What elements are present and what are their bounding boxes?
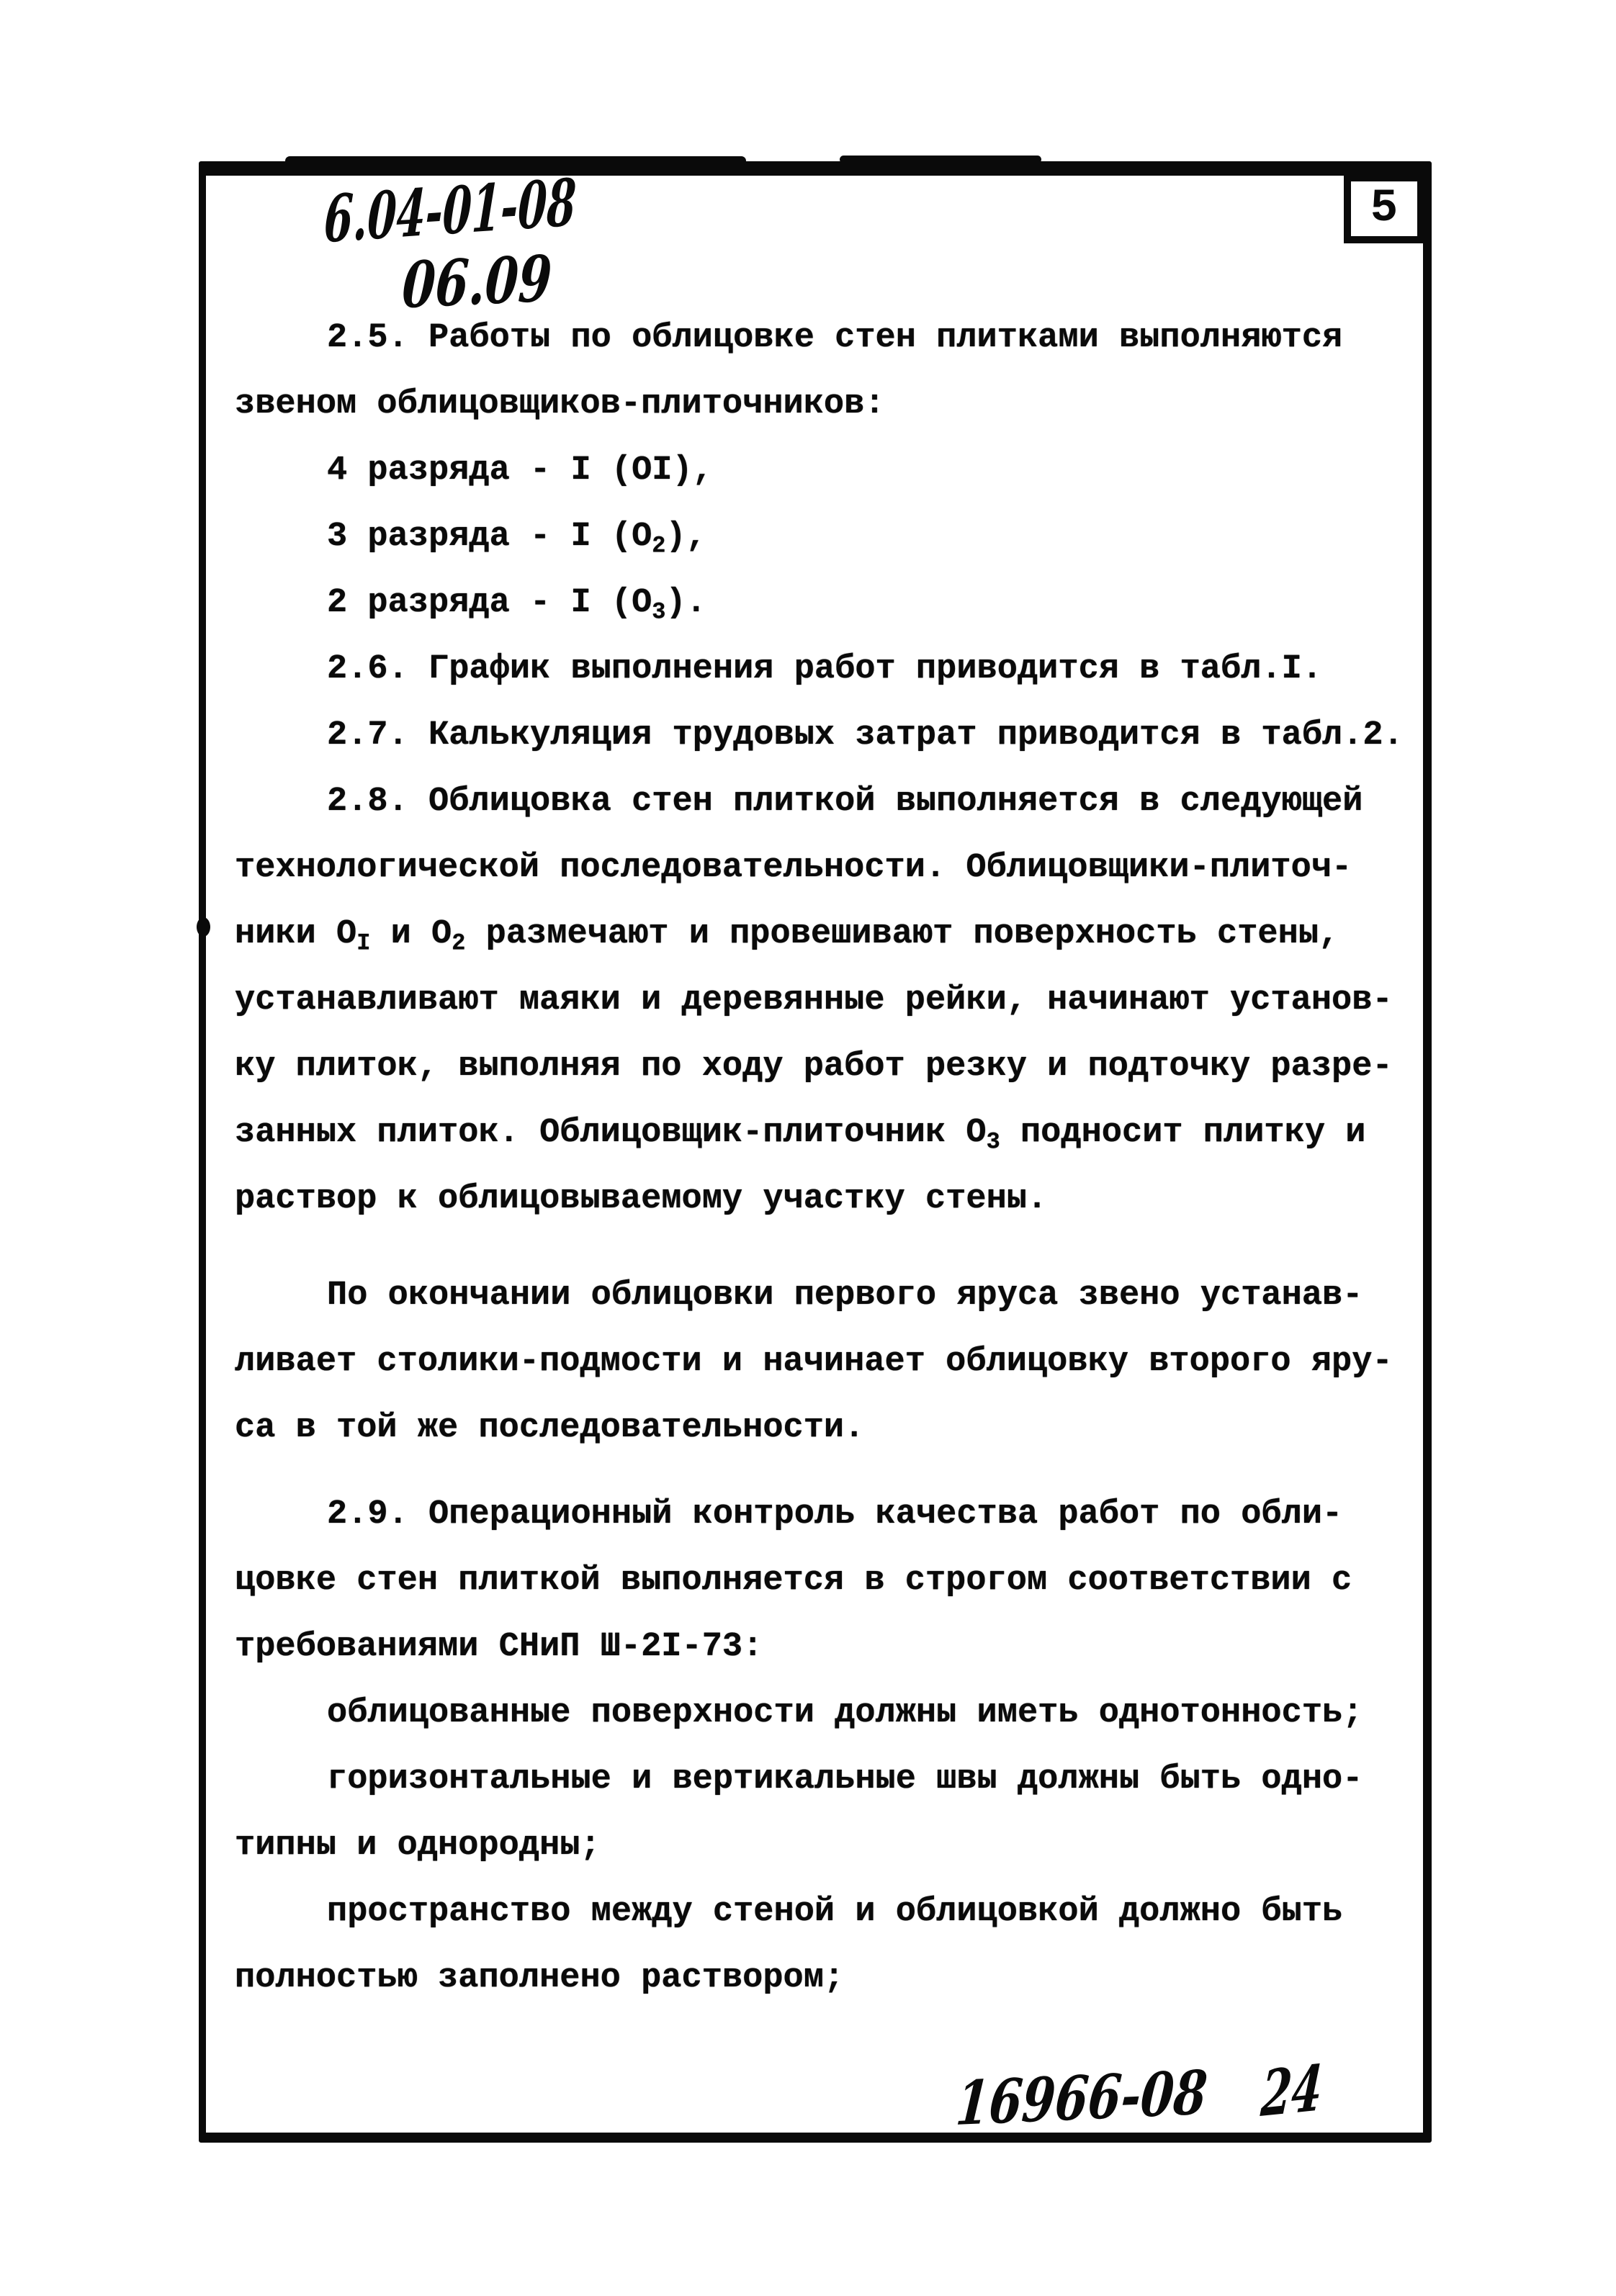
subscript-segment: I — [356, 930, 370, 957]
text-segment: ливает столики-подмости и начинает облиц… — [235, 1343, 1393, 1381]
text-segment: пространство между стеной и облицовкой д… — [327, 1893, 1342, 1931]
text-line: ливает столики-подмости и начинает облиц… — [235, 1329, 1445, 1395]
scan-artifact — [197, 917, 210, 937]
text-line: пространство между стеной и облицовкой д… — [235, 1879, 1445, 1945]
text-segment: требованиями СНиП Ш-2I-73: — [235, 1628, 763, 1666]
text-segment: 2.8. Облицовка стен плиткой выполняется … — [327, 783, 1363, 821]
text-segment: ку плиток, выполняя по ходу работ резку … — [235, 1048, 1393, 1086]
text-segment: занных плиток. Облицовщик-плиточник О — [235, 1114, 987, 1152]
text-segment: и О — [370, 915, 452, 953]
text-segment: ники О — [235, 915, 356, 953]
text-segment: горизонтальные и вертикальные швы должны… — [327, 1760, 1363, 1798]
text-line: требованиями СНиП Ш-2I-73: — [235, 1614, 1445, 1680]
text-segment: са в той же последовательности. — [235, 1409, 864, 1447]
text-segment: раствор к облицовываемому участку стены. — [235, 1180, 1047, 1218]
text-segment: звеном облицовщиков-плиточников: — [235, 385, 885, 423]
text-line: занных плиток. Облицовщик-плиточник О3 п… — [235, 1100, 1445, 1166]
text-line: 2 разряда - I (О3). — [235, 570, 1445, 636]
text-line: 2.5. Работы по облицовке стен плитками в… — [235, 305, 1445, 372]
text-segment: 3 разряда - I (О — [327, 518, 652, 556]
text-line: 4 разряда - I (ОI), — [235, 438, 1445, 504]
text-line: ку плиток, выполняя по ходу работ резку … — [235, 1034, 1445, 1100]
text-segment: 2.5. Работы по облицовке стен плитками в… — [327, 319, 1342, 357]
text-segment: цовке стен плиткой выполняется в строгом… — [235, 1562, 1352, 1600]
text-line: типны и однородны; — [235, 1813, 1445, 1879]
text-segment: размечают и провешивают поверхность стен… — [465, 915, 1339, 953]
text-segment: ), — [665, 518, 706, 556]
text-segment: 2.9. Операционный контроль качества рабо… — [327, 1495, 1342, 1534]
text-segment: полностью заполнено раствором; — [235, 1959, 844, 1997]
text-segment: устанавливают маяки и деревянные рейки, … — [235, 981, 1393, 1019]
page-number: 5 — [1370, 183, 1398, 235]
page-number-box: 5 — [1344, 174, 1424, 243]
scan-artifact — [840, 156, 1041, 163]
text-line: технологической последовательности. Обли… — [235, 835, 1445, 901]
text-line: полностью заполнено раствором; — [235, 1945, 1445, 2012]
text-segment: ). — [665, 584, 706, 622]
text-line: 3 разряда - I (О2), — [235, 504, 1445, 570]
text-line: 2.6. График выполнения работ приводится … — [235, 636, 1445, 703]
footer-page-number: 24 — [1259, 2050, 1325, 2131]
subscript-segment: 3 — [987, 1129, 1000, 1156]
text-line: облицованные поверхности должны иметь од… — [235, 1680, 1445, 1747]
text-segment: По окончании облицовки первого яруса зве… — [327, 1277, 1363, 1315]
text-line: звеном облицовщиков-плиточников: — [235, 372, 1445, 438]
text-line: По окончании облицовки первого яруса зве… — [235, 1263, 1445, 1329]
footer-code: 16966-08 — [953, 2057, 1210, 2139]
text-segment: 2.6. График выполнения работ приводится … — [327, 650, 1322, 688]
text-line: горизонтальные и вертикальные швы должны… — [235, 1747, 1445, 1813]
text-line: 2.7. Калькуляция трудовых затрат приводи… — [235, 703, 1445, 769]
text-line: са в той же последовательности. — [235, 1395, 1445, 1462]
text-segment: 4 разряда - I (ОI), — [327, 451, 713, 490]
text-segment: 2 разряда - I (О — [327, 584, 652, 622]
text-line: устанавливают маяки и деревянные рейки, … — [235, 968, 1445, 1034]
subscript-segment: 2 — [452, 930, 465, 957]
text-line: ники ОI и О2 размечают и провешивают пов… — [235, 901, 1445, 968]
scan-artifact — [285, 156, 746, 166]
text-line: цовке стен плиткой выполняется в строгом… — [235, 1548, 1445, 1614]
text-segment: подносит плитку и — [1000, 1114, 1366, 1152]
text-lines: 2.5. Работы по облицовке стен плитками в… — [235, 305, 1445, 2012]
document-page: 6.04-01-08 06.09 5 2.5. Работы по облицо… — [0, 0, 1616, 2296]
text-segment: типны и однородны; — [235, 1827, 601, 1865]
text-segment: технологической последовательности. Обли… — [235, 849, 1352, 887]
subscript-segment: 2 — [652, 533, 665, 559]
text-segment: облицованные поверхности должны иметь од… — [327, 1694, 1363, 1732]
text-segment: 2.7. Калькуляция трудовых затрат приводи… — [327, 716, 1404, 755]
text-line: 2.8. Облицовка стен плиткой выполняется … — [235, 769, 1445, 835]
text-line: 2.9. Операционный контроль качества рабо… — [235, 1482, 1445, 1548]
subscript-segment: 3 — [652, 599, 665, 626]
text-line: раствор к облицовываемому участку стены. — [235, 1166, 1445, 1233]
